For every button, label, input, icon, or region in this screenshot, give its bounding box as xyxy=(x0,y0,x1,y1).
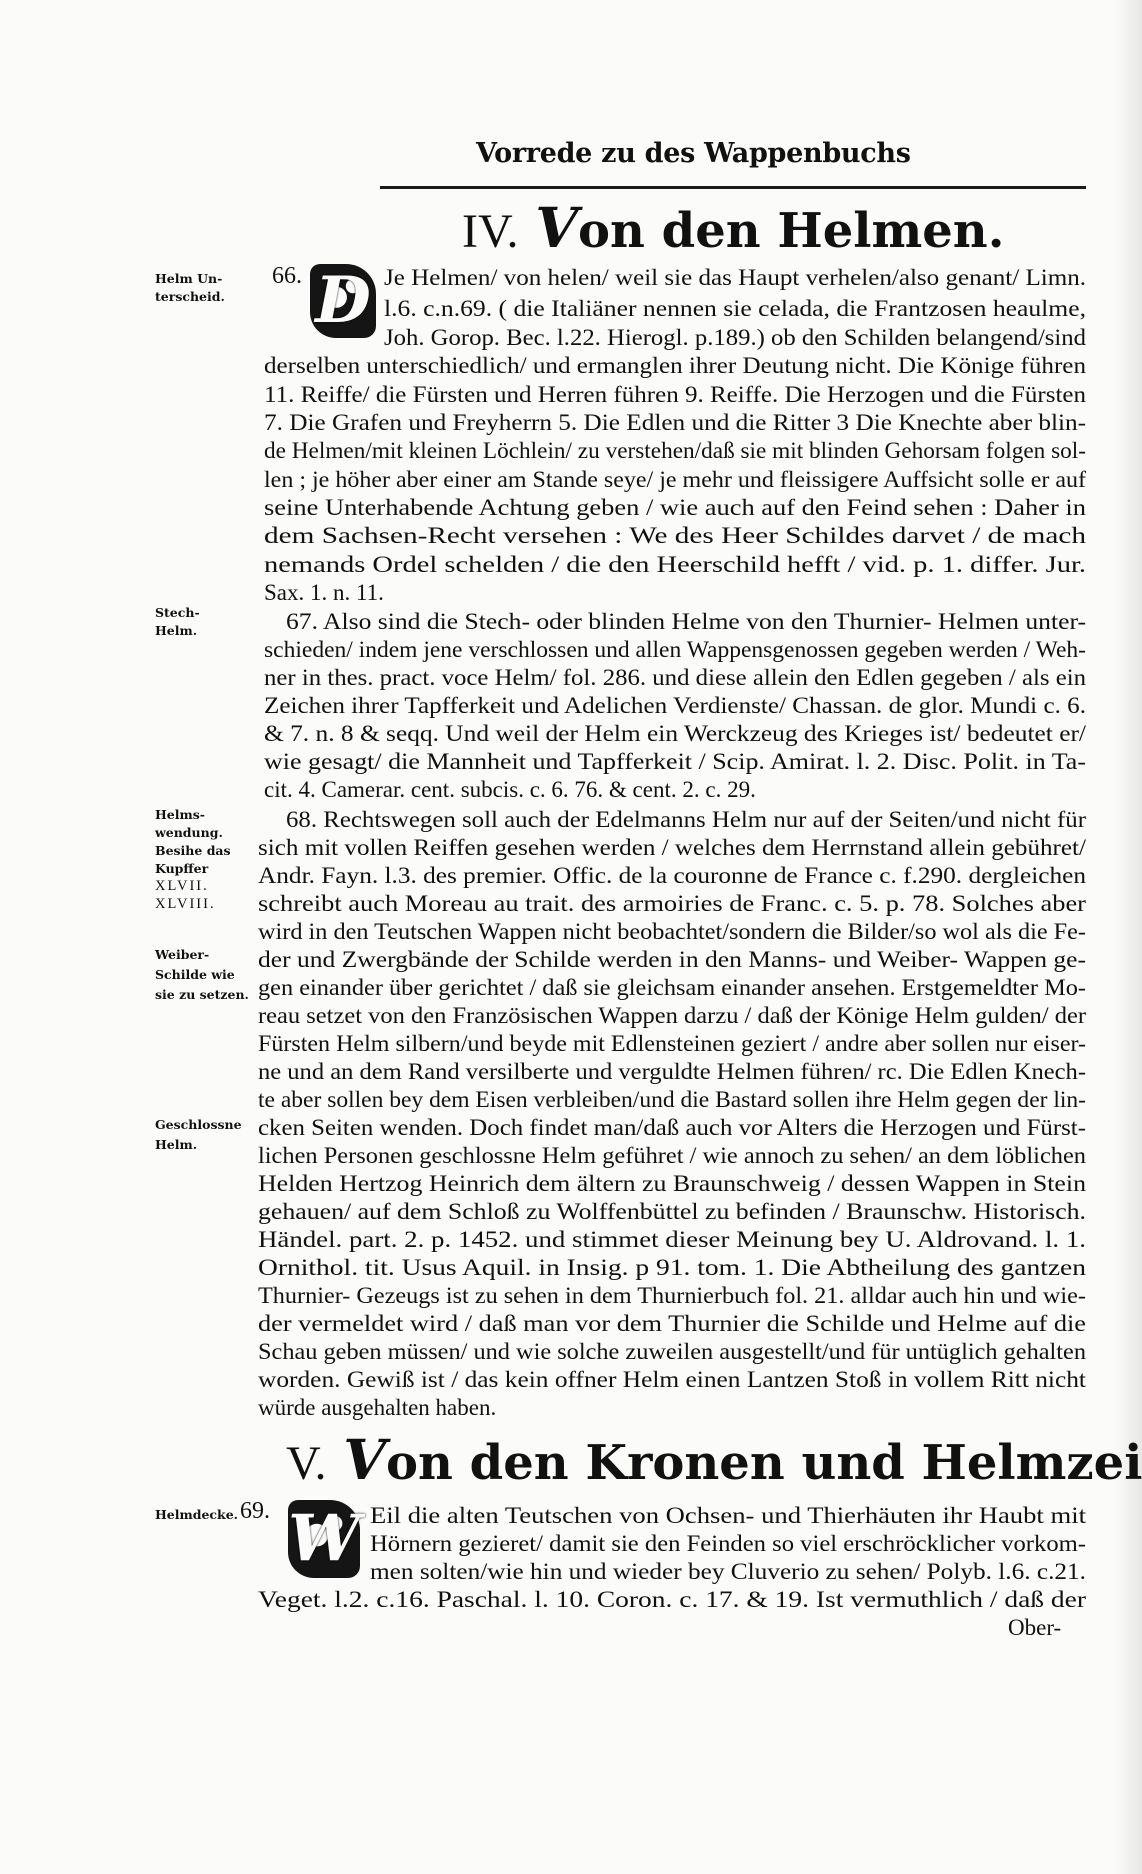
text-line: 68. Rechtswegen soll auch der Edelmanns … xyxy=(286,806,1086,834)
margin-note: Schilde wie xyxy=(155,964,235,985)
text-line: l.6. c.n.69. ( die Italiäner nennen sie … xyxy=(384,295,1086,323)
text-line: Händel. part. 2. p. 1452. und stimmet di… xyxy=(258,1226,1086,1254)
text-line: nemands Ordel schelden / die den Heersch… xyxy=(264,551,1086,579)
text-line: worden. Gewiß ist / das kein offner Helm… xyxy=(258,1366,1086,1394)
text-line: Eil die alten Teutschen von Ochsen- und … xyxy=(370,1502,1086,1530)
catchword: Ober- xyxy=(1008,1614,1061,1642)
dropcap-initial: D xyxy=(310,264,376,338)
text-line: Veget. l.2. c.16. Paschal. l. 10. Coron.… xyxy=(258,1586,1086,1614)
text-line: de Helmen/mit kleinen Löchlein/ zu verst… xyxy=(264,437,1086,465)
paragraph-number: 69. xyxy=(240,1498,270,1525)
margin-note: XLVIII. xyxy=(155,894,216,915)
section-numeral: V. xyxy=(286,1437,326,1490)
text-line: 67. Also sind die Stech- oder blinden He… xyxy=(286,608,1086,636)
section-title-initial: V xyxy=(535,196,578,261)
paragraph-number: 66. xyxy=(272,263,302,290)
text-line: würde ausgehalten haben. xyxy=(258,1394,496,1422)
text-line: derselben unterschiedlich/ und ermanglen… xyxy=(264,352,1086,380)
text-line: schieden/ indem jene verschlossen und al… xyxy=(264,636,1086,664)
text-line: Ornithol. tit. Usus Aquil. in Insig. p 9… xyxy=(258,1254,1086,1282)
margin-note: Helm. xyxy=(155,1134,197,1155)
text-line: 11. Reiffe/ die Fürsten und Herren führe… xyxy=(264,381,1086,409)
header-rule xyxy=(380,186,1086,189)
text-line: lichen Personen geschlossne Helm geführe… xyxy=(258,1142,1086,1170)
page-edge-shadow xyxy=(1112,0,1142,1874)
text-line: ner in thes. pract. voce Helm/ fol. 286.… xyxy=(264,664,1086,692)
text-line: Sax. 1. n. 11. xyxy=(264,579,384,607)
section-title-text: on den Kronen und Helmzeichen. xyxy=(386,1435,1142,1491)
text-line: der vermeldet wird / daß man vor dem Thu… xyxy=(258,1310,1086,1338)
text-line: reau setzet von den Französischen Wappen… xyxy=(258,1002,1086,1030)
text-line: Je Helmen/ von helen/ weil sie das Haupt… xyxy=(384,264,1086,292)
text-line: len ; je höher aber einer am Stande seye… xyxy=(264,466,1086,494)
text-line: dem Sachsen-Recht versehen : We des Heer… xyxy=(264,522,1086,550)
text-line: te aber sollen bey dem Eisen verbleiben/… xyxy=(258,1086,1086,1114)
text-line: 7. Die Grafen und Freyherrn 5. Die Edlen… xyxy=(264,409,1086,437)
margin-note: sie zu setzen. xyxy=(155,984,249,1005)
text-line: seine Unterhabende Achtung geben / wie a… xyxy=(264,494,1086,522)
text-line: Schau geben müssen/ und wie solche zuwei… xyxy=(258,1338,1086,1366)
section-title-iv: IV. Von den Helmen. xyxy=(462,196,1004,261)
text-line: schreibt auch Moreau au trait. des armoi… xyxy=(258,890,1086,918)
margin-note: terscheid. xyxy=(155,286,225,307)
dropcap-initial: W xyxy=(288,1500,360,1578)
section-title-text: on den Helmen. xyxy=(578,203,1004,259)
text-line: ne und an dem Rand versilberte und vergu… xyxy=(258,1058,1086,1086)
dropcap-letter: D xyxy=(315,269,371,333)
running-head: Vorrede zu des Wappenbuchs xyxy=(476,138,911,169)
text-line: cit. 4. Camerar. cent. subcis. c. 6. 76.… xyxy=(264,776,756,804)
text-line: gehauen/ auf dem Schloß zu Wolffenbüttel… xyxy=(258,1198,1086,1226)
text-line: Andr. Fayn. l.3. des premier. Offic. de … xyxy=(258,862,1086,890)
text-line: der und Zwergbände der Schilde werden in… xyxy=(258,946,1086,974)
text-line: Joh. Gorop. Bec. l.22. Hierogl. p.189.) … xyxy=(384,324,1086,352)
margin-note: Helm. xyxy=(155,620,197,641)
text-line: Thurnier- Gezeugs ist zu sehen in dem Th… xyxy=(258,1282,1086,1310)
text-line: men solten/wie hin und wieder bey Cluver… xyxy=(370,1558,1086,1586)
dropcap-letter: W xyxy=(288,1507,360,1571)
text-line: Hörnern gezieret/ damit sie den Feinden … xyxy=(370,1530,1086,1558)
text-line: Helden Hertzog Heinrich dem ältern zu Br… xyxy=(258,1170,1086,1198)
text-line: Fürsten Helm silbern/und beyde mit Edlen… xyxy=(258,1030,1086,1058)
text-line: wird in den Teutschen Wappen nicht beoba… xyxy=(258,918,1086,946)
margin-note: Weiber- xyxy=(155,944,209,965)
text-line: Zeichen ihrer Tapfferkeit und Adelichen … xyxy=(264,692,1086,720)
margin-note: Geschlossne xyxy=(155,1114,242,1135)
section-numeral: IV. xyxy=(462,205,518,258)
text-line: & 7. n. 8 & seqq. Und weil der Helm ein … xyxy=(264,720,1086,748)
section-title-v: V. Von den Kronen und Helmzeichen. xyxy=(286,1428,1142,1493)
text-line: gen einander über gerichtet / daß sie gl… xyxy=(258,974,1086,1002)
text-line: sich mit vollen Reiffen gesehen werden /… xyxy=(258,834,1086,862)
section-title-initial: V xyxy=(343,1428,386,1493)
text-line: wie gesagt/ die Mannheit und Tapfferkeit… xyxy=(264,748,1086,776)
text-line: cken Seiten wenden. Doch findet man/daß … xyxy=(258,1114,1086,1142)
margin-note: Helmdecke. xyxy=(155,1504,238,1525)
